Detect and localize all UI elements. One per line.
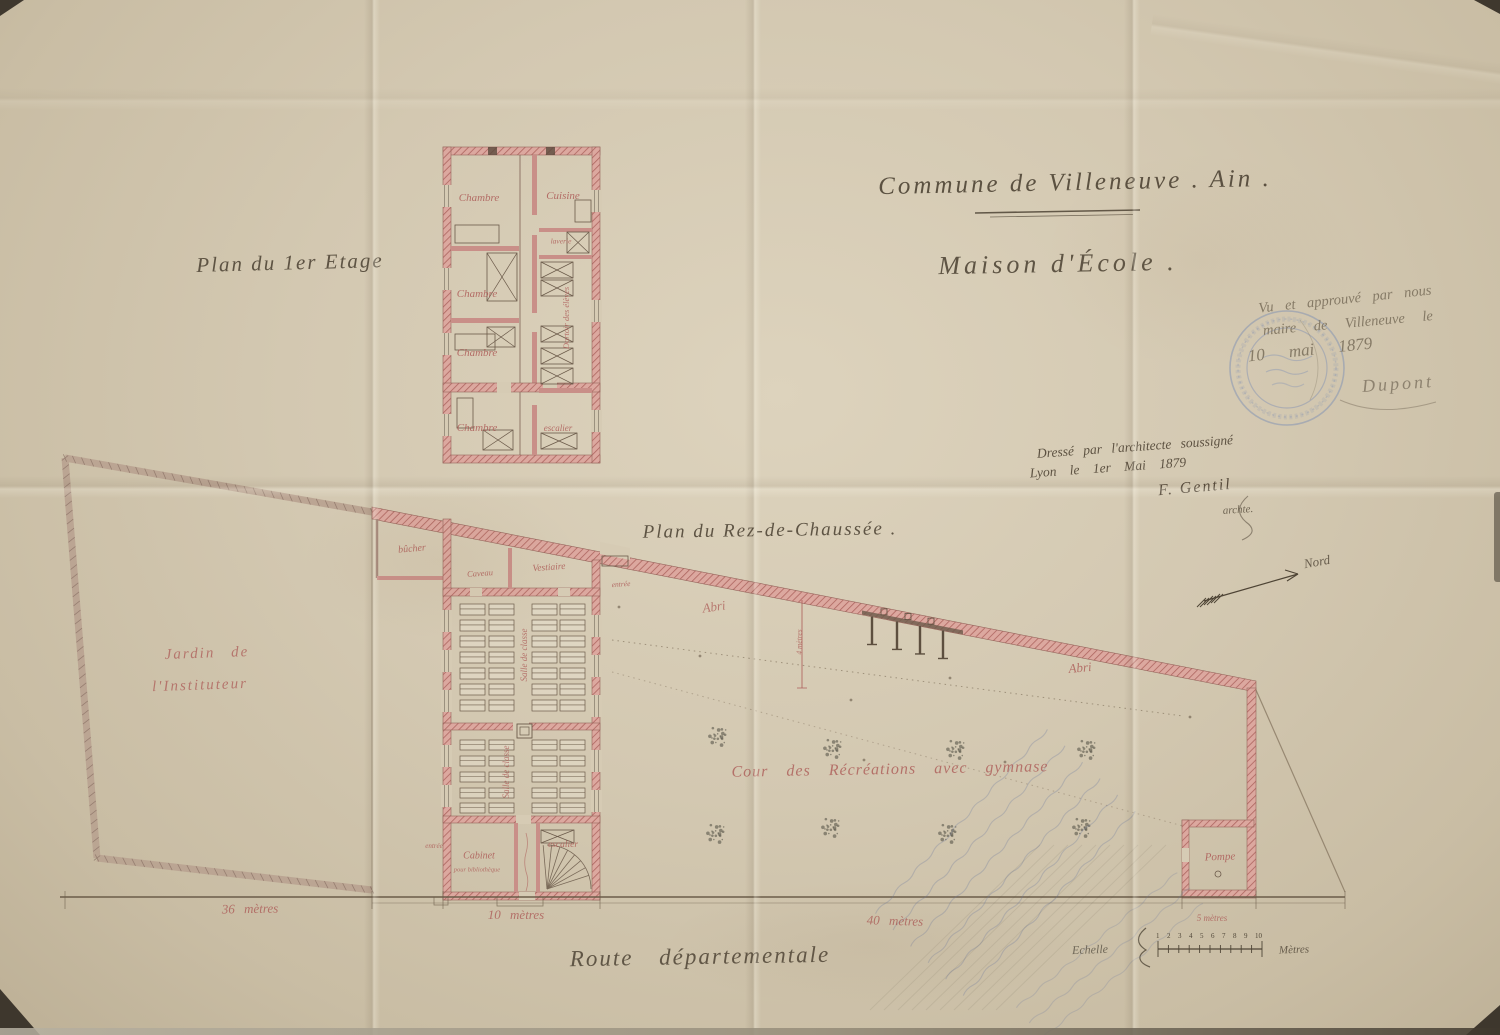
ground-floor-plan-title: Plan du Rez-de-Chaussée . bbox=[642, 518, 897, 544]
room-label-dortoir: Dortoir des élèves bbox=[561, 287, 571, 349]
scale-unit: Mètres bbox=[1279, 943, 1310, 956]
room-label-chambre1: Chambre bbox=[459, 192, 500, 204]
scale-tick-number: 7 bbox=[1222, 932, 1226, 940]
scale-tick-number: 6 bbox=[1211, 932, 1215, 940]
scale-tick-number: 3 bbox=[1178, 932, 1182, 940]
room-label-caveau: Caveau bbox=[467, 567, 494, 579]
room-label-cabinet-sub: pour bibliothèque bbox=[454, 867, 500, 874]
scale-tick-number: 2 bbox=[1167, 932, 1171, 940]
room-label-chambre4: Chambre bbox=[457, 422, 498, 434]
dim-36m: 36 mètres bbox=[222, 901, 279, 918]
room-label-entree-bas: entrée bbox=[425, 842, 443, 850]
dim-4m: 4 mètres bbox=[795, 629, 804, 654]
abri-label-1: Abri bbox=[701, 597, 726, 616]
abri-label-2: Abri bbox=[1068, 659, 1092, 677]
scale-tick-number: 9 bbox=[1244, 932, 1248, 940]
architect-title-abbrev: archte. bbox=[1222, 503, 1253, 517]
room-label-escalier-etage: escalier bbox=[544, 423, 573, 433]
room-label-classe2: Salle de classe bbox=[501, 746, 511, 799]
scale-tick-number: 8 bbox=[1233, 932, 1237, 940]
scanned-plan-document: Commune de Villeneuve . Ain . Maison d'É… bbox=[0, 0, 1500, 1035]
dim-40m: 40 mètres bbox=[867, 912, 924, 929]
garden-label-line1: Jardin de bbox=[164, 644, 249, 664]
room-label-pompe: Pompe bbox=[1205, 850, 1236, 863]
room-label-cabinet: Cabinet bbox=[463, 851, 495, 862]
room-label-cuisine: Cuisine bbox=[546, 190, 580, 202]
room-label-laverie: laverie bbox=[551, 237, 572, 246]
first-floor-plan-title: Plan du 1er Etage bbox=[196, 248, 384, 278]
title-underline bbox=[975, 210, 1140, 217]
dim-10m: 10 mètres bbox=[488, 907, 544, 923]
pompe-enclosure bbox=[1182, 688, 1345, 898]
garden-boundary bbox=[62, 454, 374, 893]
room-label-chambre3: Chambre bbox=[457, 347, 498, 359]
room-label-classe1: Salle de classe bbox=[519, 629, 529, 682]
scale-tick-number: 5 bbox=[1200, 932, 1204, 940]
scale-label: Echelle bbox=[1072, 942, 1108, 958]
road-label: Route départementale bbox=[570, 942, 831, 973]
scale-tick-number: 10 bbox=[1255, 932, 1262, 940]
room-label-chambre2: Chambre bbox=[457, 288, 498, 300]
room-label-entree-haut: entrée bbox=[611, 579, 630, 589]
scale-tick-number: 1 bbox=[1156, 932, 1160, 940]
document-subtitle: Maison d'École . bbox=[938, 247, 1178, 281]
plan-linework bbox=[0, 0, 1500, 1035]
window-openings bbox=[441, 185, 602, 812]
garden-label-line2: l'Instituteur bbox=[152, 676, 248, 696]
room-label-escalier-rdc: escalier bbox=[548, 840, 578, 850]
dim-5m: 5 mètres bbox=[1197, 913, 1227, 923]
scale-tick-number: 4 bbox=[1189, 932, 1193, 940]
scale-tick-numbers: 12345678910 bbox=[1156, 932, 1262, 940]
north-arrow bbox=[1197, 570, 1298, 607]
